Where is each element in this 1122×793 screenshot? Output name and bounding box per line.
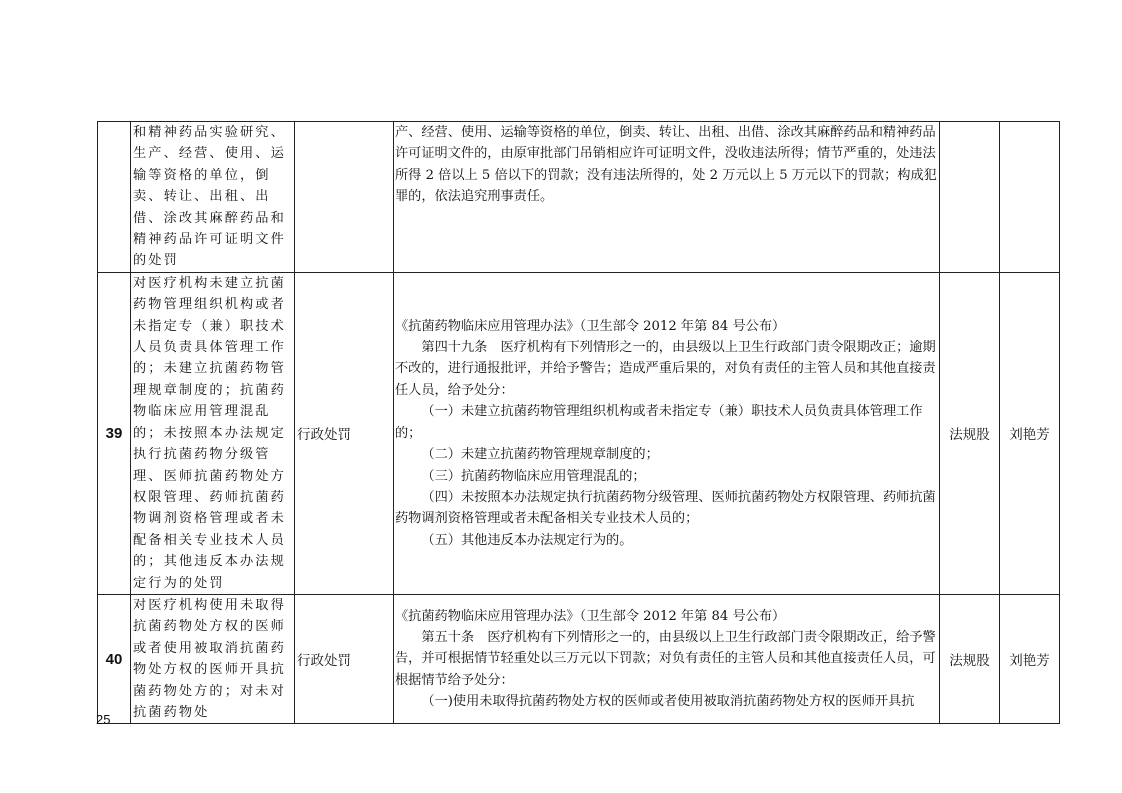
person-cell: 刘艳芳: [1000, 272, 1060, 594]
basis-article: 第五十条 医疗机构有下列情形之一的，由县级以上卫生行政部门责令限期改正，给予警告…: [395, 627, 938, 691]
row-number-cell: 40: [98, 594, 131, 723]
item-cell: 对医疗机构未建立抗菌药物管理组织机构或者未指定专（兼）职技术人员负责具体管理工作…: [131, 272, 295, 594]
page-number: 25: [96, 712, 110, 727]
basis-clause: （二）未建立抗菌药物管理规章制度的；: [395, 444, 938, 465]
department-cell: 法规股: [940, 272, 1000, 594]
document-page: 和精神药品实验研究、生产、经营、使用、运输等资格的单位，倒卖、转让、出租、出借、…: [0, 0, 1122, 793]
row-number-cell: [98, 122, 131, 273]
row-number-cell: 39: [98, 272, 131, 594]
item-cell: 和精神药品实验研究、生产、经营、使用、运输等资格的单位，倒卖、转让、出租、出借、…: [131, 122, 295, 273]
basis-clause: （四）未按照本办法规定执行抗菌药物分级管理、医师抗菌药物处方权限管理、药师抗菌药…: [395, 487, 938, 530]
basis-cell: 《抗菌药物临床应用管理办法》（卫生部令 2012 年第 84 号公布） 第五十条…: [394, 594, 940, 723]
basis-text: 产、经营、使用、运输等资格的单位，倒卖、转让、出租、出借、涂改其麻醉药品和精神药…: [394, 122, 939, 208]
basis-clause: （五）其他违反本办法规定行为的。: [395, 530, 938, 551]
table-row: 40 对医疗机构使用未取得抗菌药物处方权的医师或者使用被取消抗菌药物处方权的医师…: [98, 594, 1060, 723]
type-cell: 行政处罚: [295, 594, 394, 723]
basis-cell: 《抗菌药物临床应用管理办法》（卫生部令 2012 年第 84 号公布） 第四十九…: [394, 272, 940, 594]
basis-title: 《抗菌药物临床应用管理办法》（卫生部令 2012 年第 84 号公布）: [395, 606, 938, 627]
type-cell: [295, 122, 394, 273]
person-cell: 刘艳芳: [1000, 594, 1060, 723]
basis-article: 第四十九条 医疗机构有下列情形之一的，由县级以上卫生行政部门责令限期改正；逾期不…: [395, 337, 938, 401]
basis-clause: （一)使用未取得抗菌药物处方权的医师或者使用被取消抗菌药物处方权的医师开具抗: [395, 691, 938, 712]
basis-clause: （三）抗菌药物临床应用管理混乱的；: [395, 466, 938, 487]
department-cell: [940, 122, 1000, 273]
type-cell: 行政处罚: [295, 272, 394, 594]
basis-title: 《抗菌药物临床应用管理办法》（卫生部令 2012 年第 84 号公布）: [395, 316, 938, 337]
item-cell: 对医疗机构使用未取得抗菌药物处方权的医师或者使用被取消抗菌药物处方权的医师开具抗…: [131, 594, 295, 723]
department-cell: 法规股: [940, 594, 1000, 723]
basis-cell: 产、经营、使用、运输等资格的单位，倒卖、转让、出租、出借、涂改其麻醉药品和精神药…: [394, 122, 940, 273]
table-row: 39 对医疗机构未建立抗菌药物管理组织机构或者未指定专（兼）职技术人员负责具体管…: [98, 272, 1060, 594]
table-row: 和精神药品实验研究、生产、经营、使用、运输等资格的单位，倒卖、转让、出租、出借、…: [98, 122, 1060, 273]
person-cell: [1000, 122, 1060, 273]
basis-clause: （一）未建立抗菌药物管理组织机构或者未指定专（兼）职技术人员负责具体管理工作的；: [395, 401, 938, 444]
penalty-table: 和精神药品实验研究、生产、经营、使用、运输等资格的单位，倒卖、转让、出租、出借、…: [97, 121, 1060, 724]
